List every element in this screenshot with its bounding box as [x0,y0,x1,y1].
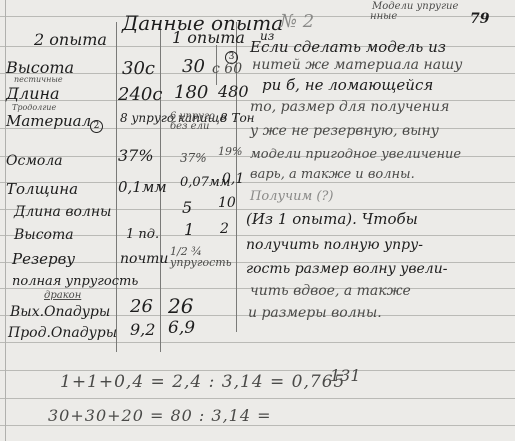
row-label-note: Тродолгие [12,104,56,112]
calculation-line-1: 1+1+0,4 = 2,4 : 3,14 = 0,765 [60,374,345,391]
note-line: то, размер для получения [250,100,449,114]
ruled-line [0,73,515,74]
calculation-line-1-extra: 131 [330,368,361,384]
row-label-note: пестичные [14,76,63,84]
cell-exp3-length: 480 [218,84,249,100]
row-label-wavelength: Длина волны [14,205,111,219]
note-line: получить полную упру- [246,238,423,252]
row-label-material: Материал [6,114,91,129]
cell-exp2-reserve: почти [120,252,168,266]
note-line: чить вдвое, а также [250,284,411,298]
cell-exp3-thickness: 0,1 [222,172,244,186]
cell-exp1-length: 180 [174,84,208,102]
page-title-faint: № 2 [280,13,314,31]
cell-exp1-basis: 37% [180,152,207,164]
ruled-line [0,235,515,236]
cell-exp1-material: 6 упруго без ели [170,112,218,132]
note-line: нитей же материала нашу [252,58,462,72]
row-label-height-2: Высота [14,228,74,242]
cell-exp2-height: 30с [122,60,155,78]
col-header-exp2: 2 опыта [34,32,107,48]
cell-exp1-outflow: 26 [168,296,193,316]
cell-exp3-height-2: 2 [220,222,229,236]
row-label-thickness: Толщина [6,182,78,197]
note-line: гость размер волну увели- [246,262,447,276]
col-header-exp1: 1 опыта [172,30,245,46]
calculation-line-2: 30+30+20 = 80 : 3,14 = [48,408,272,424]
row-marker: 2 [90,115,103,133]
note-line: и размеры волны. [248,306,382,320]
cell-exp2-length: 240с [118,86,162,104]
ruled-line [0,342,515,343]
row-label-height: Высота [6,60,74,76]
column-divider [116,22,117,352]
note-line: Если сделать модель из [250,40,446,55]
row-label-outflow: Вых.Опадуры [10,305,110,319]
note-line: Получим (?) [250,190,333,203]
cell-exp1-prod-outflow: 6,9 [168,320,195,337]
cell-exp3-height: с 60 [212,62,242,76]
note-line: (Из 1 опыта). Чтобы [246,212,418,227]
note-line: варь, а также и волны. [250,168,415,181]
cell-exp1-wavelength: 5 [182,200,192,216]
cell-exp2-outflow: 26 [130,298,153,316]
cell-exp2-basis: 37% [118,148,154,164]
note-line: ри б, не ломающейся [262,78,433,93]
cell-exp1-reserve: 1/2 ¾ упругость [170,246,212,268]
circled-number: 2 [90,120,103,133]
cell-exp3-wavelength: 10 [218,196,236,210]
row-label-note: дракон [44,291,81,301]
row-label-reserve: Резерву [12,252,75,267]
notebook-page: 79 Модели упругие нные Данные опыта № 2 … [0,0,515,441]
row-label-length: Длина [6,86,60,102]
cell-exp3-basis: 19% [218,146,242,157]
page-number: 79 [470,12,489,26]
ruled-line [0,370,515,371]
cell-exp1-height: 30 [182,58,205,76]
note-line: у же не резервную, выну [250,124,439,138]
cell-exp2-height-2: 1 пд. [126,228,159,241]
ruled-line [0,398,515,399]
note-line: модели пригодное увеличение [250,148,461,161]
row-label-full-elasticity: полная упругость [12,275,138,288]
cell-exp2-thickness: 0,1мм [118,180,167,195]
row-label-prod-outflow: Прод.Опадуры [8,326,117,340]
corner-note-2: нные [370,12,397,22]
cell-exp1-height-2: 1 [184,222,194,238]
ruled-line [0,425,515,426]
cell-exp2-prod-outflow: 9,2 [130,322,155,338]
row-label-basis: Осмола [6,154,63,168]
